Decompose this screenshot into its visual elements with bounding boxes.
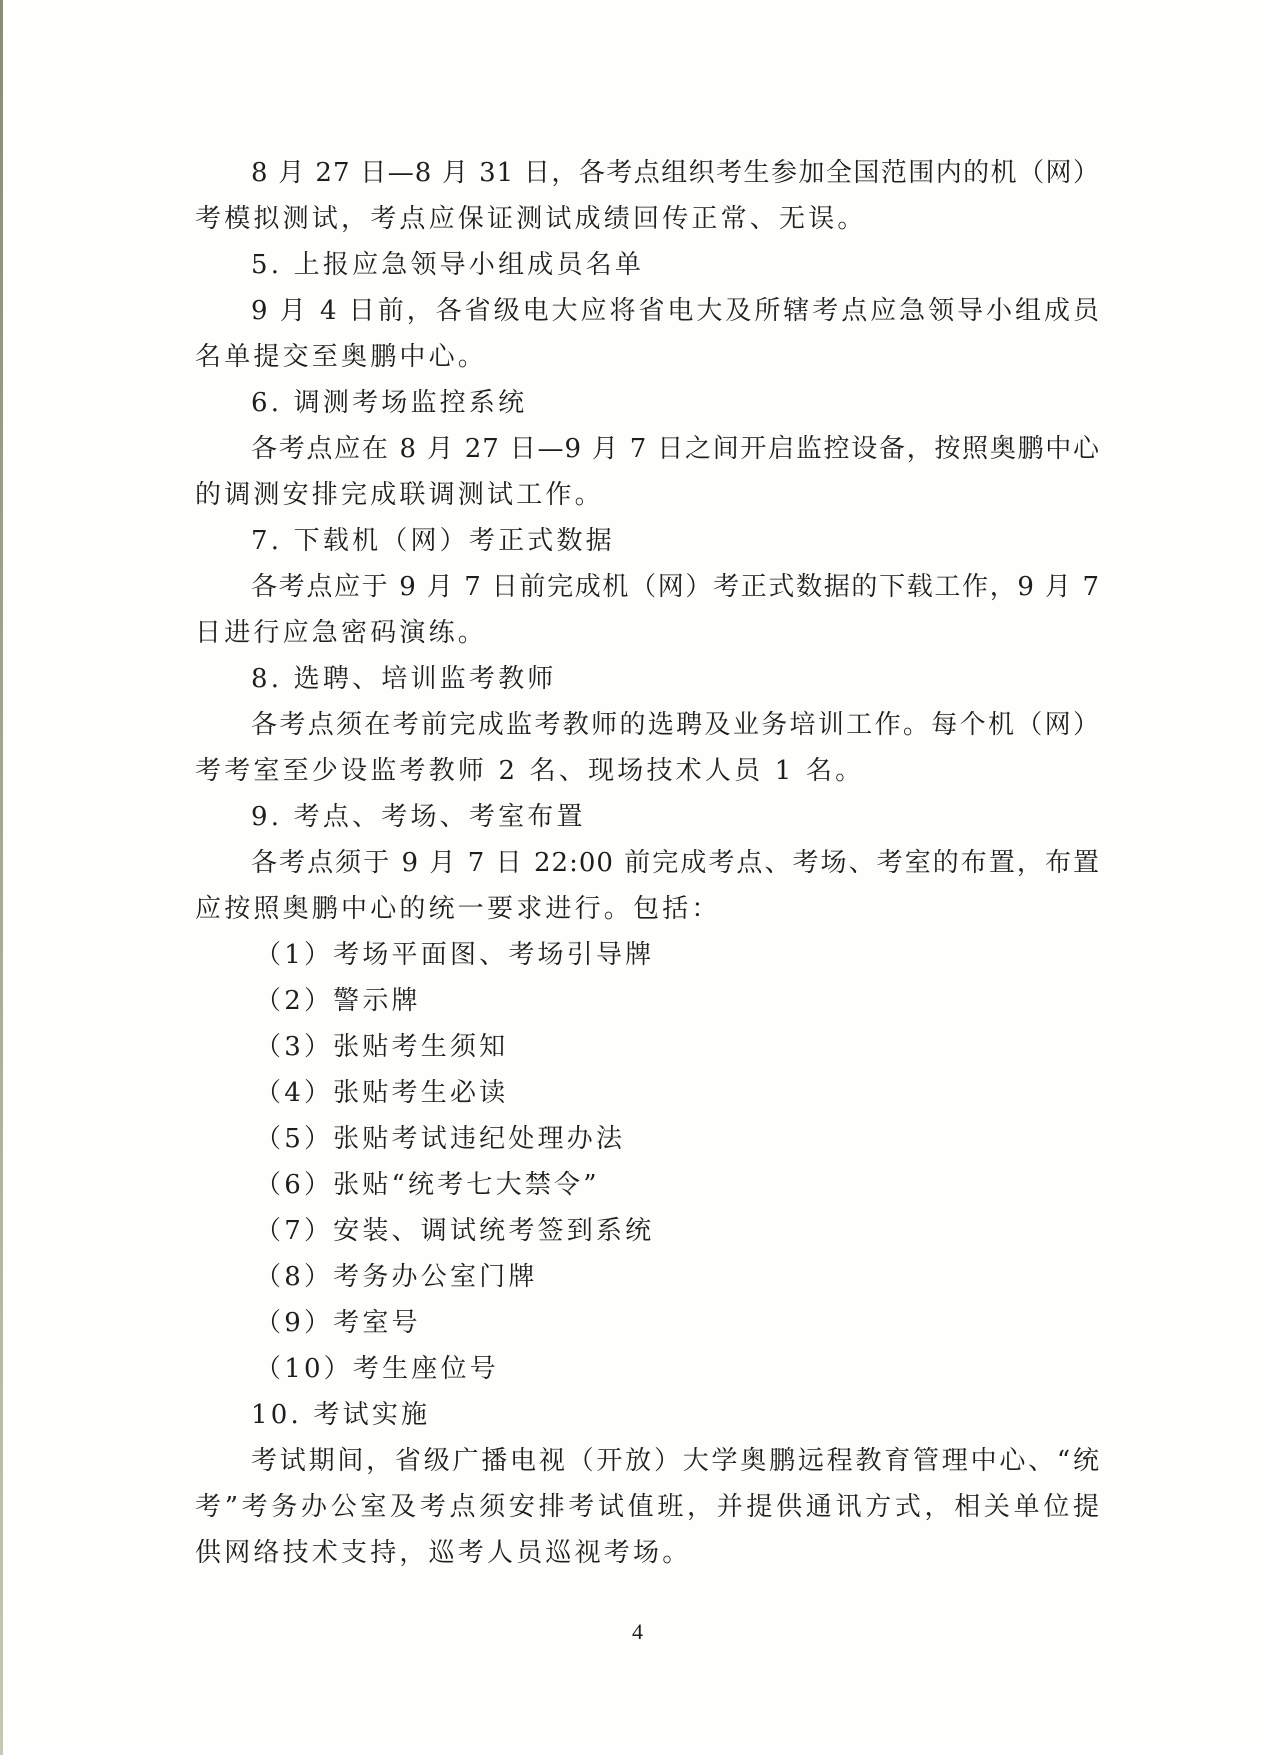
- list-item: （4）张贴考生必读: [195, 1070, 1100, 1116]
- scan-edge: [0, 0, 3, 1755]
- body-line: 各考点须在考前完成监考教师的选聘及业务培训工作。每个机（网）: [195, 702, 1100, 748]
- body-line: 各考点应在 8 月 27 日—9 月 7 日之间开启监控设备，按照奥鹏中心: [195, 426, 1100, 472]
- body-line: 考模拟测试，考点应保证测试成绩回传正常、无误。: [195, 196, 1100, 242]
- list-item: （7）安装、调试统考签到系统: [195, 1208, 1100, 1254]
- section-heading-9: 9. 考点、考场、考室布置: [195, 794, 1100, 840]
- page-number: 4: [0, 1619, 1275, 1645]
- body-line: 名单提交至奥鹏中心。: [195, 334, 1100, 380]
- list-item: （2）警示牌: [195, 978, 1100, 1024]
- section-heading-8: 8. 选聘、培训监考教师: [195, 656, 1100, 702]
- body-line: 考”考务办公室及考点须安排考试值班，并提供通讯方式，相关单位提: [195, 1484, 1100, 1530]
- body-line: 日进行应急密码演练。: [195, 610, 1100, 656]
- list-item: （8）考务办公室门牌: [195, 1254, 1100, 1300]
- document-page: 8 月 27 日—8 月 31 日，各考点组织考生参加全国范围内的机（网） 考模…: [195, 150, 1100, 1576]
- body-line: 供网络技术支持，巡考人员巡视考场。: [195, 1530, 1100, 1576]
- list-item: （10）考生座位号: [195, 1346, 1100, 1392]
- section-heading-10: 10. 考试实施: [195, 1392, 1100, 1438]
- section-heading-6: 6. 调测考场监控系统: [195, 380, 1100, 426]
- list-item: （3）张贴考生须知: [195, 1024, 1100, 1070]
- section-heading-5: 5. 上报应急领导小组成员名单: [195, 242, 1100, 288]
- body-line: 各考点应于 9 月 7 日前完成机（网）考正式数据的下载工作，9 月 7: [195, 564, 1100, 610]
- section-heading-7: 7. 下载机（网）考正式数据: [195, 518, 1100, 564]
- body-line: 9 月 4 日前，各省级电大应将省电大及所辖考点应急领导小组成员: [195, 288, 1100, 334]
- list-item: （1）考场平面图、考场引导牌: [195, 932, 1100, 978]
- body-line: 8 月 27 日—8 月 31 日，各考点组织考生参加全国范围内的机（网）: [195, 150, 1100, 196]
- body-line: 考试期间，省级广播电视（开放）大学奥鹏远程教育管理中心、“统: [195, 1438, 1100, 1484]
- list-item: （5）张贴考试违纪处理办法: [195, 1116, 1100, 1162]
- body-line: 考考室至少设监考教师 2 名、现场技术人员 1 名。: [195, 748, 1100, 794]
- list-item: （6）张贴“统考七大禁令”: [195, 1162, 1100, 1208]
- list-item: （9）考室号: [195, 1300, 1100, 1346]
- body-line: 的调测安排完成联调测试工作。: [195, 472, 1100, 518]
- body-line: 各考点须于 9 月 7 日 22:00 前完成考点、考场、考室的布置，布置: [195, 840, 1100, 886]
- body-line: 应按照奥鹏中心的统一要求进行。包括：: [195, 886, 1100, 932]
